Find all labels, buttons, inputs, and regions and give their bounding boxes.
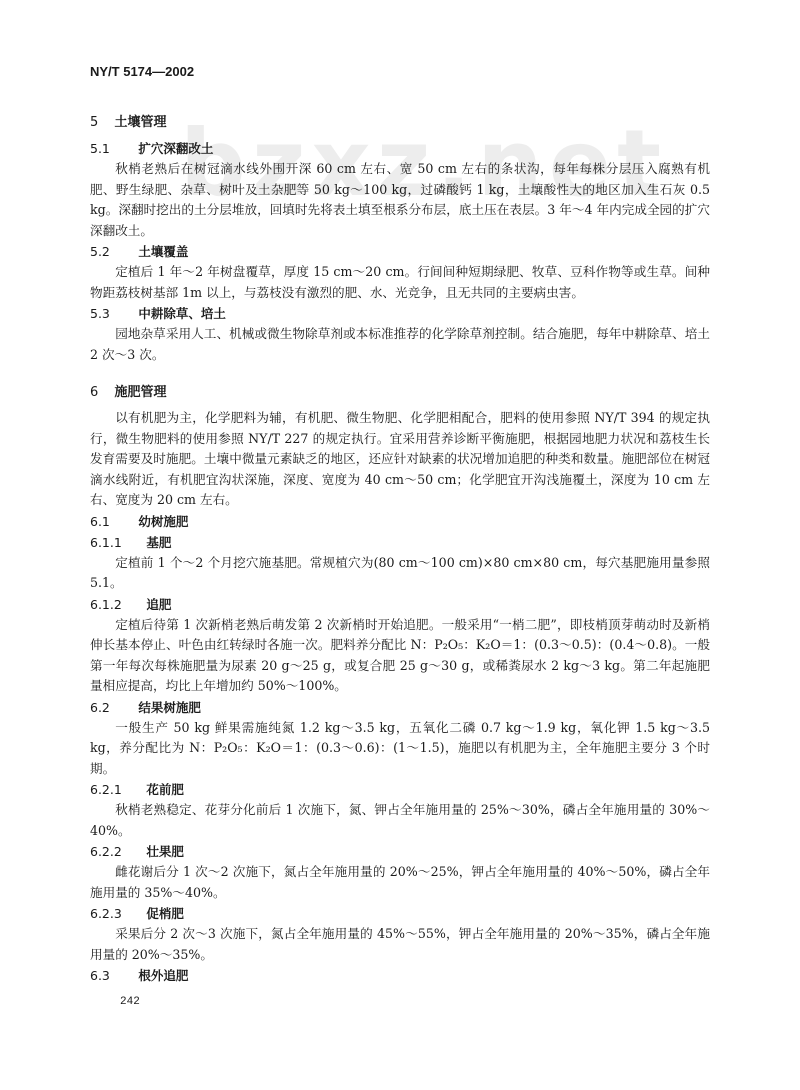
section-6-1-2-text: 定植后待第 1 次新梢老熟后萌发第 2 次新梢时开始追肥。一般采用“一梢二肥”，… — [90, 615, 710, 697]
section-number: 6.2 — [90, 697, 134, 718]
section-title: 花前肥 — [146, 782, 184, 797]
section-number: 6.2.1 — [90, 779, 142, 800]
section-title: 中耕除草、培土 — [138, 306, 226, 321]
section-title: 扩穴深翻改土 — [138, 141, 213, 156]
section-number: 5 — [90, 112, 110, 134]
section-6-2-text: 一般生产 50 kg 鲜果需施纯氮 1.2 kg～3.5 kg，五氧化二磷 0.… — [90, 718, 710, 780]
section-number: 6.2.3 — [90, 903, 142, 924]
section-6-1-1-text: 定植前 1 个～2 个月挖穴施基肥。常规植穴为(80 cm～100 cm)×80… — [90, 553, 710, 594]
section-6-2-heading: 6.2 结果树施肥 — [90, 697, 710, 718]
page-number: 242 — [120, 996, 140, 1008]
section-title: 幼树施肥 — [138, 514, 188, 529]
section-number: 6.2.2 — [90, 841, 142, 862]
section-title: 土壤管理 — [115, 115, 167, 130]
document-body: 5 土壤管理 5.1 扩穴深翻改土 秋梢老熟后在树冠滴水线外围开深 60 cm … — [90, 112, 710, 986]
section-number: 6.1 — [90, 511, 134, 532]
section-6-text: 以有机肥为主，化学肥料为辅，有机肥、微生物肥、化学肥相配合，肥料的使用参照 NY… — [90, 408, 710, 511]
section-title: 壮果肥 — [146, 844, 184, 859]
section-6-1-heading: 6.1 幼树施肥 — [90, 511, 710, 532]
section-5-1-heading: 5.1 扩穴深翻改土 — [90, 138, 710, 159]
section-5-3-text: 园地杂草采用人工、机械或微生物除草剂或本标准推荐的化学除草剂控制。结合施肥，每年… — [90, 324, 710, 365]
section-number: 6 — [90, 382, 110, 404]
section-title: 结果树施肥 — [138, 700, 201, 715]
section-title: 土壤覆盖 — [138, 244, 188, 259]
section-6-2-3-heading: 6.2.3 促梢肥 — [90, 903, 710, 924]
section-number: 6.1.1 — [90, 532, 142, 553]
section-5-3-heading: 5.3 中耕除草、培土 — [90, 303, 710, 324]
section-number: 5.3 — [90, 303, 134, 324]
section-6-2-2-text: 雌花谢后分 1 次～2 次施下，氮占全年施用量的 20%～25%，钾占全年施用量… — [90, 862, 710, 903]
section-number: 6.1.2 — [90, 594, 142, 615]
section-5-1-text: 秋梢老熟后在树冠滴水线外围开深 60 cm 左右、宽 50 cm 左右的条状沟，… — [90, 159, 710, 241]
section-5-2-text: 定植后 1 年～2 年树盘覆草，厚度 15 cm～20 cm。行间间种短期绿肥、… — [90, 262, 710, 303]
section-number: 6.3 — [90, 965, 134, 986]
section-6-2-3-text: 采果后分 2 次～3 次施下，氮占全年施用量的 45%～55%，钾占全年施用量的… — [90, 924, 710, 965]
section-6-2-1-text: 秋梢老熟稳定、花芽分化前后 1 次施下，氮、钾占全年施用量的 25%～30%，磷… — [90, 800, 710, 841]
section-number: 5.2 — [90, 241, 134, 262]
section-title: 追肥 — [146, 597, 171, 612]
document-page: bzxz.net NY/T 5174—2002 5 土壤管理 5.1 扩穴深翻改… — [0, 0, 800, 1090]
section-title: 施肥管理 — [115, 385, 167, 400]
standard-code-header: NY/T 5174—2002 — [90, 64, 194, 79]
section-title: 根外追肥 — [138, 968, 188, 983]
section-6-2-1-heading: 6.2.1 花前肥 — [90, 779, 710, 800]
section-6-3-heading: 6.3 根外追肥 — [90, 965, 710, 986]
section-5-heading: 5 土壤管理 — [90, 112, 710, 134]
section-title: 基肥 — [146, 535, 171, 550]
section-6-1-2-heading: 6.1.2 追肥 — [90, 594, 710, 615]
section-6-heading: 6 施肥管理 — [90, 382, 710, 404]
section-6-2-2-heading: 6.2.2 壮果肥 — [90, 841, 710, 862]
section-title: 促梢肥 — [146, 906, 184, 921]
section-6-1-1-heading: 6.1.1 基肥 — [90, 532, 710, 553]
section-number: 5.1 — [90, 138, 134, 159]
section-5-2-heading: 5.2 土壤覆盖 — [90, 241, 710, 262]
